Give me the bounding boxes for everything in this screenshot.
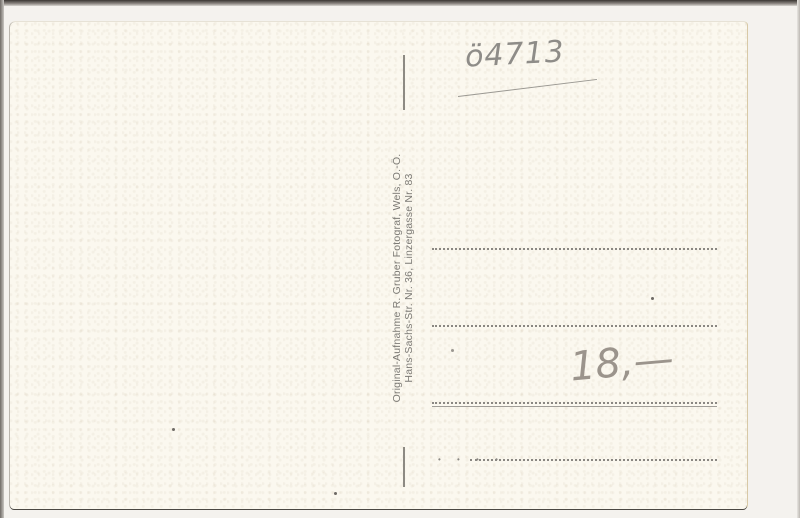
handwritten-underline [458,79,597,97]
paper-speck [651,297,654,300]
paper-speck [334,492,337,495]
handwritten-catalog-number: ö4713 [464,34,565,74]
handwritten-price: 18,— [568,336,675,391]
scanner-edge-top [0,0,800,6]
imprint-line-1: Original-Aufnahme R. Gruber Fotograf, We… [391,154,403,403]
address-line-2 [432,325,717,327]
address-line-3-underline [432,406,717,407]
center-divider-bottom [403,447,405,487]
address-line-3 [432,402,717,404]
paper-speck [172,428,175,431]
publisher-imprint: Original-Aufnahme R. Gruber Fotograf, We… [391,154,415,403]
paper-speck [451,349,454,352]
scanner-edge-left [0,0,4,518]
center-divider-top [403,55,405,110]
address-line-1 [432,248,717,250]
address-line-4 [470,459,717,461]
postcard-back: Original-Aufnahme R. Gruber Fotograf, We… [10,22,747,509]
imprint-line-2: Hans-Sachs-Str. Nr. 36, Linzergasse Nr. … [403,154,415,403]
